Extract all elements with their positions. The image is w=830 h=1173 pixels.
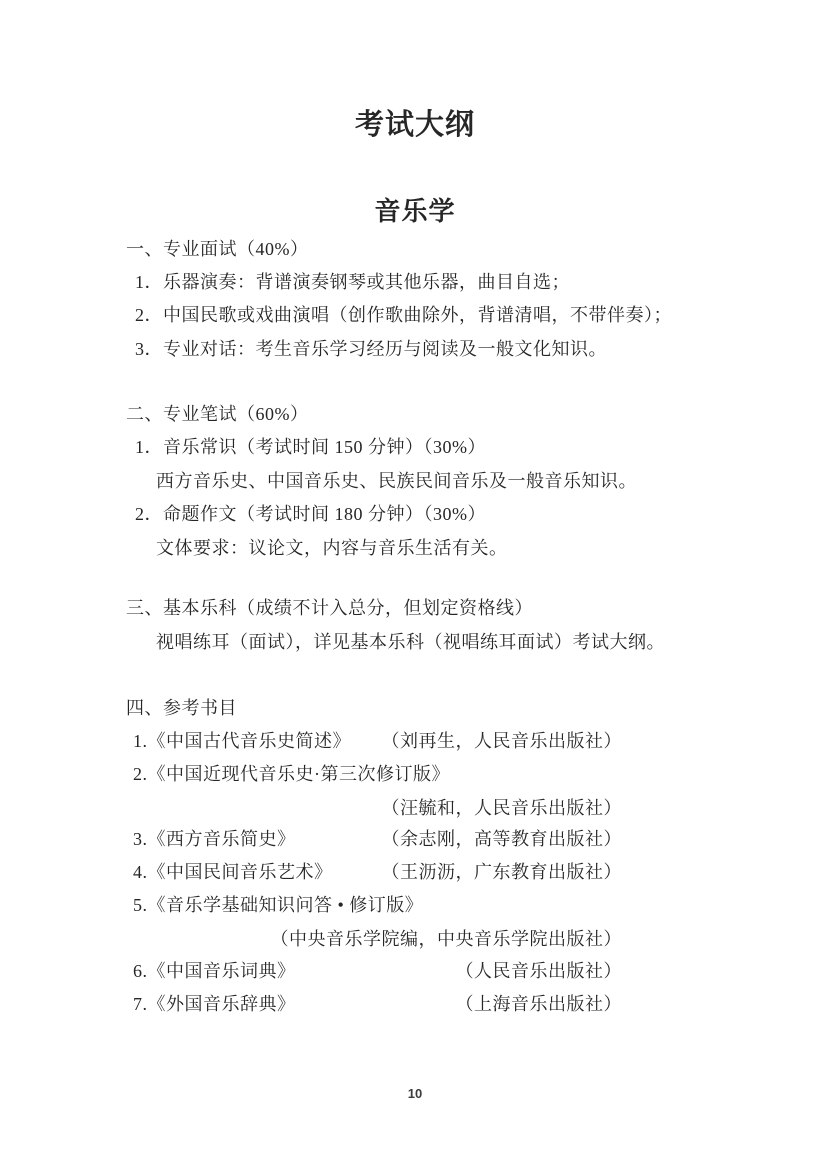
section-2-item-1: 1．音乐常识（考试时间 150 分钟）（30%） bbox=[135, 436, 486, 459]
section-3-detail: 视唱练耳（面试），详见基本乐科（视唱练耳面试）考试大纲。 bbox=[156, 631, 665, 654]
book-1-title: 1.《中国古代音乐史简述》 bbox=[133, 730, 351, 753]
document-subtitle: 音乐学 bbox=[0, 191, 830, 228]
section-2-item-2-detail: 文体要求：议论文，内容与音乐生活有关。 bbox=[156, 537, 508, 560]
book-4-publisher: （王沥沥，广东教育出版社） bbox=[382, 861, 623, 884]
section-1-item-3: 3．专业对话：考生音乐学习经历与阅读及一般文化知识。 bbox=[135, 338, 607, 361]
section-4-heading: 四、参考书目 bbox=[126, 697, 237, 720]
book-item-1: 1.《中国古代音乐史简述》 （刘再生，人民音乐出版社） bbox=[133, 730, 622, 753]
book-item-3: 3.《西方音乐简史》 （余志刚，高等教育出版社） bbox=[133, 828, 622, 851]
book-4-title: 4.《中国民间音乐艺术》 bbox=[133, 861, 333, 884]
section-3-heading: 三、基本乐科（成绩不计入总分，但划定资格线） bbox=[126, 597, 533, 620]
page-number: 10 bbox=[0, 1086, 830, 1101]
section-1-heading: 一、专业面试（40%） bbox=[126, 238, 309, 261]
book-3-publisher: （余志刚，高等教育出版社） bbox=[382, 828, 623, 851]
book-2-title: 2.《中国近现代音乐史·第三次修订版》 bbox=[133, 763, 450, 786]
book-5-publisher: （中央音乐学院编，中央音乐学院出版社） bbox=[133, 928, 622, 951]
section-1-item-1: 1．乐器演奏：背谱演奏钢琴或其他乐器，曲目自选； bbox=[135, 271, 570, 294]
document-page: 考试大纲 音乐学 一、专业面试（40%） 1．乐器演奏：背谱演奏钢琴或其他乐器，… bbox=[0, 0, 830, 1173]
document-title: 考试大纲 bbox=[0, 102, 830, 143]
book-7-title: 7.《外国音乐辞典》 bbox=[133, 993, 296, 1016]
book-item-4: 4.《中国民间音乐艺术》 （王沥沥，广东教育出版社） bbox=[133, 861, 622, 884]
book-7-publisher: （上海音乐出版社） bbox=[456, 993, 623, 1016]
book-item-6: 6.《中国音乐词典》 （人民音乐出版社） bbox=[133, 960, 622, 983]
book-6-title: 6.《中国音乐词典》 bbox=[133, 960, 296, 983]
section-2-heading: 二、专业笔试（60%） bbox=[126, 403, 309, 426]
book-3-title: 3.《西方音乐简史》 bbox=[133, 828, 296, 851]
book-6-publisher: （人民音乐出版社） bbox=[456, 960, 623, 983]
book-1-publisher: （刘再生，人民音乐出版社） bbox=[382, 730, 623, 753]
book-2-publisher: （汪毓和，人民音乐出版社） bbox=[133, 797, 622, 820]
section-2-item-1-detail: 西方音乐史、中国音乐史、民族民间音乐及一般音乐知识。 bbox=[156, 470, 637, 493]
book-item-7: 7.《外国音乐辞典》 （上海音乐出版社） bbox=[133, 993, 622, 1016]
section-2-item-2: 2．命题作文（考试时间 180 分钟）（30%） bbox=[135, 503, 486, 526]
section-1-item-2: 2．中国民歌或戏曲演唱（创作歌曲除外，背谱清唱，不带伴奏）； bbox=[135, 304, 672, 327]
book-5-title: 5.《音乐学基础知识问答 • 修订版》 bbox=[133, 894, 423, 917]
